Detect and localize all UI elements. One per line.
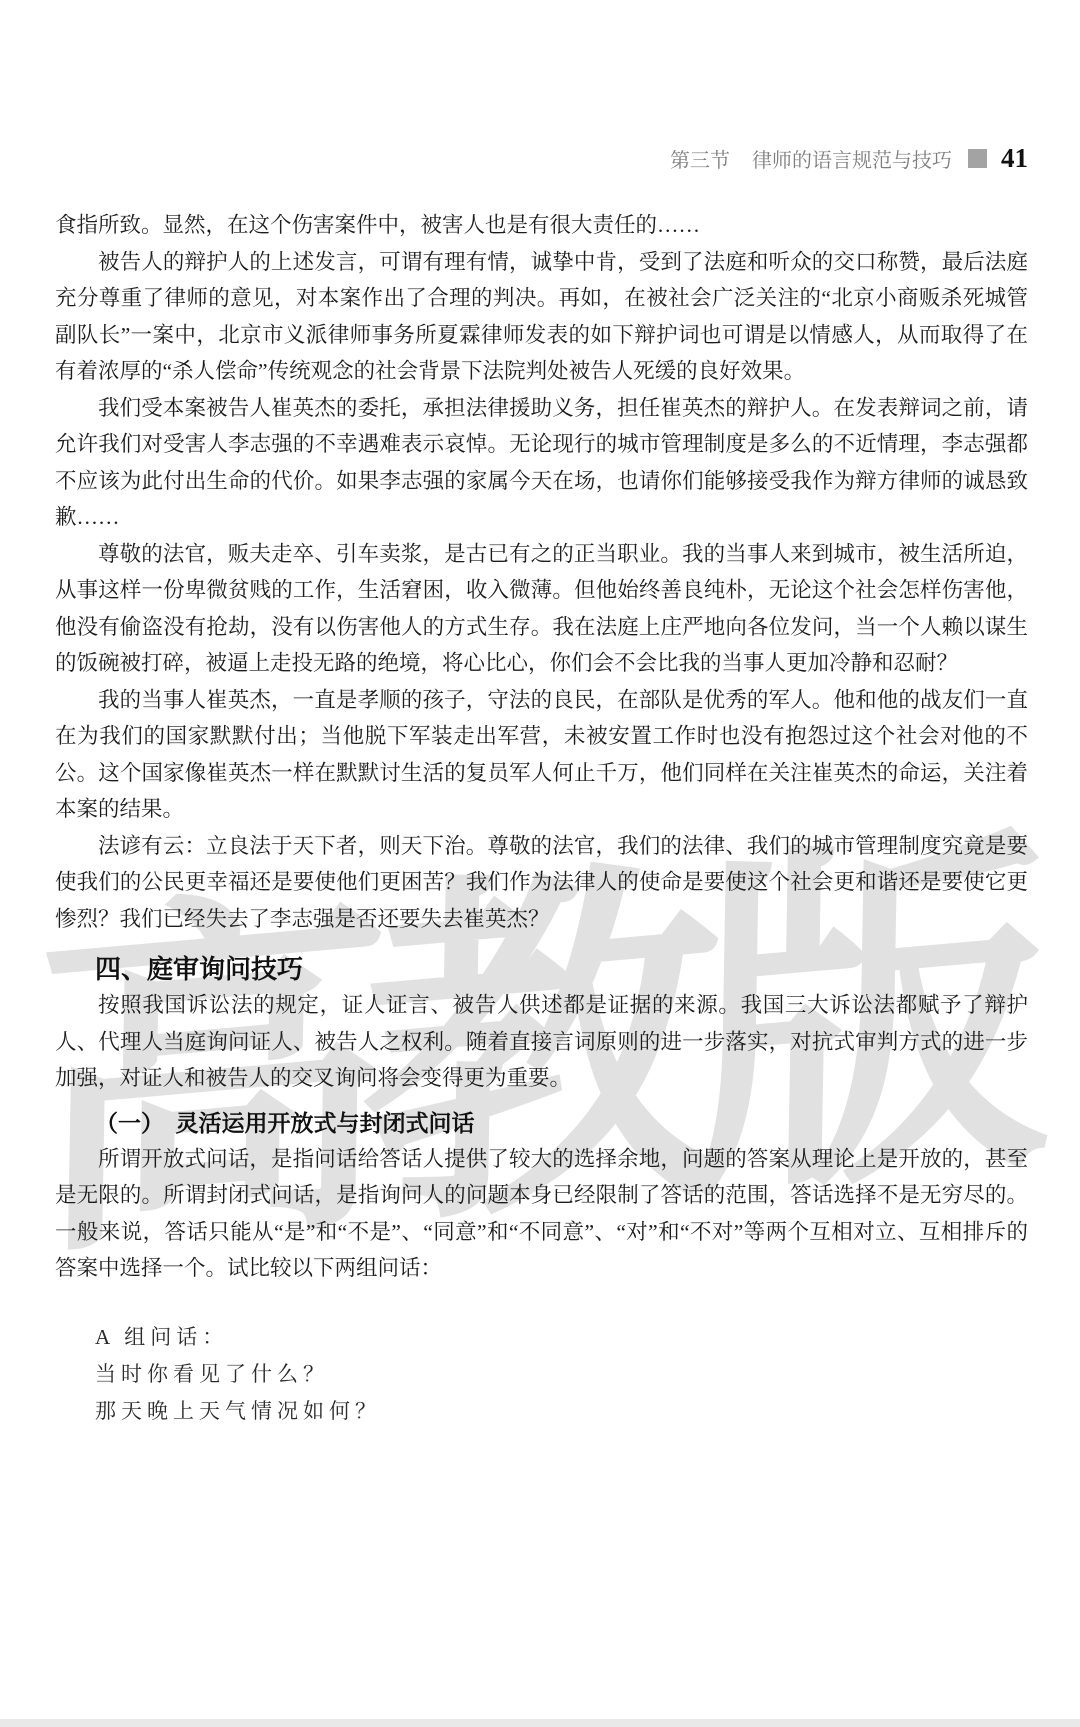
section-intro-paragraph: 按照我国诉讼法的规定，证人证言、被告人供述都是证据的来源。我国三大诉讼法都赋予了… — [55, 987, 1028, 1097]
running-header: 第三节 律师的语言规范与技巧 41 — [55, 143, 1028, 173]
quote-paragraph: 我们受本案被告人崔英杰的委托，承担法律援助义务，担任崔英杰的辩护人。在发表辩词之… — [55, 390, 1028, 536]
book-page: 高教版 第三节 律师的语言规范与技巧 41 食指所致。显然，在这个伤害案件中，被… — [0, 0, 1080, 1727]
example-question: 当时你看见了什么？ — [95, 1356, 1028, 1393]
defense-speech-quote: 我们受本案被告人崔英杰的委托，承担法律援助义务，担任崔英杰的辩护人。在发表辩词之… — [55, 390, 1028, 938]
example-question-group-a: A 组问话： 当时你看见了什么？ 那天晚上天气情况如何？ — [95, 1319, 1028, 1430]
page-bottom-edge — [0, 1719, 1080, 1727]
continuation-line: 食指所致。显然，在这个伤害案件中，被害人也是有很大责任的…… — [55, 207, 1028, 244]
page-content: 第三节 律师的语言规范与技巧 41 食指所致。显然，在这个伤害案件中，被害人也是… — [0, 0, 1080, 1430]
quote-paragraph: 尊敬的法官，贩夫走卒、引车卖浆，是古已有之的正当职业。我的当事人来到城市，被生活… — [55, 536, 1028, 682]
example-group-label: A 组问话： — [95, 1319, 1028, 1356]
subsection-heading-open-closed-questions: （一） 灵活运用开放式与封闭式问话 — [95, 1105, 1028, 1141]
header-section-label: 第三节 — [670, 144, 730, 173]
quote-paragraph: 法谚有云：立良法于天下者，则天下治。尊敬的法官，我们的法律、我们的城市管理制度究… — [55, 828, 1028, 938]
page-number: 41 — [1001, 143, 1028, 174]
intro-paragraph: 被告人的辩护人的上述发言，可谓有理有情，诚挚中肯，受到了法庭和听众的交口称赞，最… — [55, 244, 1028, 390]
example-question: 那天晚上天气情况如何？ — [95, 1393, 1028, 1430]
section-heading-courtroom-questioning: 四、庭审询问技巧 — [95, 951, 1028, 987]
header-chapter-title: 律师的语言规范与技巧 — [752, 144, 952, 173]
subsection-body-paragraph: 所谓开放式问话，是指问话给答话人提供了较大的选择余地，问题的答案从理论上是开放的… — [55, 1141, 1028, 1287]
section-marker-icon — [968, 149, 987, 168]
quote-paragraph: 我的当事人崔英杰，一直是孝顺的孩子，守法的良民，在部队是优秀的军人。他和他的战友… — [55, 682, 1028, 828]
